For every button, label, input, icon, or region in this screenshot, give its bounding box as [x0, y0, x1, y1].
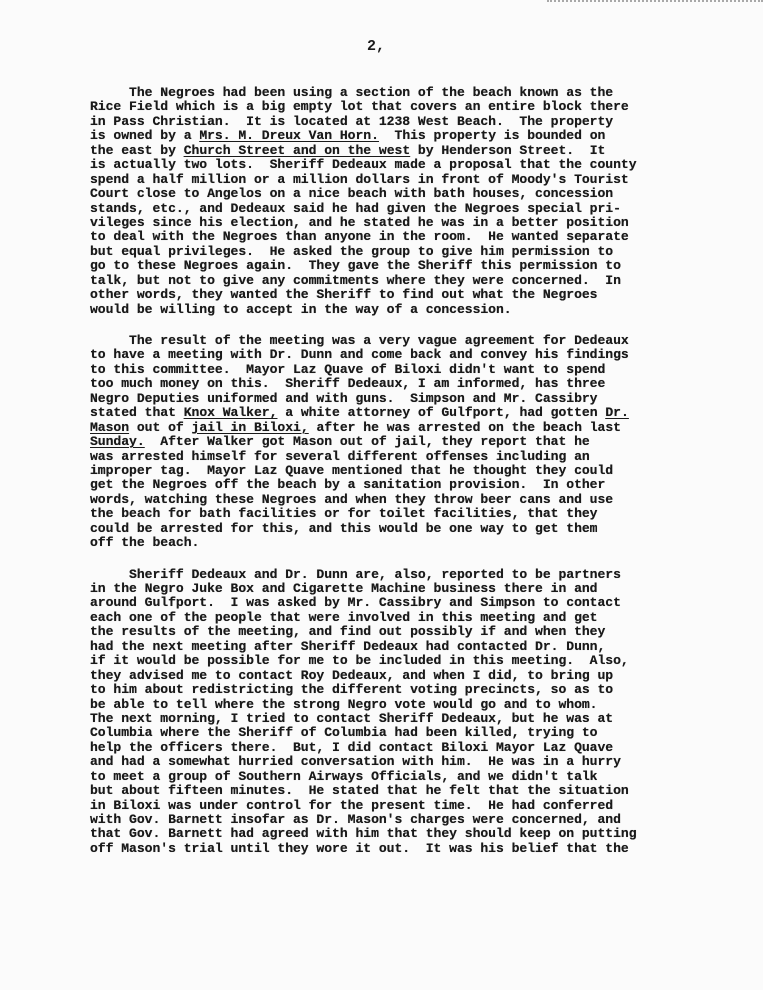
text-line: the beach for bath facilities or for toi…	[90, 507, 730, 521]
text-line: had the next meeting after Sheriff Dedea…	[90, 640, 730, 654]
text-line: that Gov. Barnett had agreed with him th…	[90, 827, 730, 841]
text-line: each one of the people that were involve…	[90, 611, 730, 625]
text-line: be able to tell where the strong Negro v…	[90, 698, 730, 712]
underlined-phrase: jail in Biloxi,	[192, 420, 309, 435]
text-line: is owned by a Mrs. M. Dreux Van Horn. Th…	[90, 129, 730, 143]
paragraph-1: The Negroes had been using a section of …	[90, 86, 730, 317]
text-line: words, watching these Negroes and when t…	[90, 493, 730, 507]
underlined-phrase: Dr.	[605, 405, 628, 420]
text-line: Sunday. After Walker got Mason out of ja…	[90, 435, 730, 449]
underlined-phrase: Knox Walker,	[184, 405, 278, 420]
text-line: the results of the meeting, and find out…	[90, 625, 730, 639]
text-line: in Biloxi was under control for the pres…	[90, 799, 730, 813]
text-line: vileges since his election, and he state…	[90, 216, 730, 230]
text-line: Negro Deputies uniformed and with guns. …	[90, 392, 730, 406]
text-line: The next morning, I tried to contact She…	[90, 712, 730, 726]
underlined-phrase: Church Street and on the west	[184, 143, 410, 158]
text-line: Mason out of jail in Biloxi, after he wa…	[90, 421, 730, 435]
underlined-phrase: Mrs. M. Dreux Van Horn.	[199, 128, 379, 143]
paragraph-3: Sheriff Dedeaux and Dr. Dunn are, also, …	[90, 568, 730, 857]
text-line: was arrested himself for several differe…	[90, 450, 730, 464]
text-line: would be willing to accept in the way of…	[90, 303, 730, 317]
text-line: talk, but not to give any commitments wh…	[90, 274, 730, 288]
scan-edge-dotted-line	[547, 0, 763, 2]
text-line: to have a meeting with Dr. Dunn and come…	[90, 348, 730, 362]
text-line: is actually two lots. Sheriff Dedeaux ma…	[90, 158, 730, 172]
text-line: around Gulfport. I was asked by Mr. Cass…	[90, 596, 730, 610]
text-line: other words, they wanted the Sheriff to …	[90, 288, 730, 302]
text-line: to this committee. Mayor Laz Quave of Bi…	[90, 363, 730, 377]
text-line: improper tag. Mayor Laz Quave mentioned …	[90, 464, 730, 478]
text-line: Columbia where the Sheriff of Columbia h…	[90, 726, 730, 740]
text-line: off Mason's trial until they wore it out…	[90, 842, 730, 856]
text-line: if it would be possible for me to be inc…	[90, 654, 730, 668]
text-line: but equal privileges. He asked the group…	[90, 245, 730, 259]
text-line: in Pass Christian. It is located at 1238…	[90, 115, 730, 129]
text-line: the east by Church Street and on the wes…	[90, 144, 730, 158]
underlined-phrase: Sunday.	[90, 434, 145, 449]
text-line: help the officers there. But, I did cont…	[90, 741, 730, 755]
text-line: go to these Negroes again. They gave the…	[90, 259, 730, 273]
text-line: to meet a group of Southern Airways Offi…	[90, 770, 730, 784]
text-line: Rice Field which is a big empty lot that…	[90, 100, 730, 114]
text-line: to deal with the Negroes than anyone in …	[90, 230, 730, 244]
text-line: off the beach.	[90, 536, 730, 550]
text-line: but about fifteen minutes. He stated tha…	[90, 784, 730, 798]
text-line: could be arrested for this, and this wou…	[90, 522, 730, 536]
text-line: The Negroes had been using a section of …	[90, 86, 730, 100]
text-line: in the Negro Juke Box and Cigarette Mach…	[90, 582, 730, 596]
text-line: stands, etc., and Dedeaux said he had gi…	[90, 202, 730, 216]
text-line: with Gov. Barnett insofar as Dr. Mason's…	[90, 813, 730, 827]
text-line: get the Negroes off the beach by a sanit…	[90, 478, 730, 492]
document-body: The Negroes had been using a section of …	[90, 86, 730, 873]
text-line: too much money on this. Sheriff Dedeaux,…	[90, 377, 730, 391]
text-line: stated that Knox Walker, a white attorne…	[90, 406, 730, 420]
text-line: they advised me to contact Roy Dedeaux, …	[90, 669, 730, 683]
text-line: Court close to Angelos on a nice beach w…	[90, 187, 730, 201]
paragraph-2: The result of the meeting was a very vag…	[90, 334, 730, 551]
text-line: Sheriff Dedeaux and Dr. Dunn are, also, …	[90, 568, 730, 582]
text-line: and had a somewhat hurried conversation …	[90, 755, 730, 769]
text-line: The result of the meeting was a very vag…	[90, 334, 730, 348]
text-line: to him about redistricting the different…	[90, 683, 730, 697]
page-number: 2,	[367, 38, 385, 55]
text-line: spend a half million or a million dollar…	[90, 173, 730, 187]
underlined-phrase: Mason	[90, 420, 129, 435]
